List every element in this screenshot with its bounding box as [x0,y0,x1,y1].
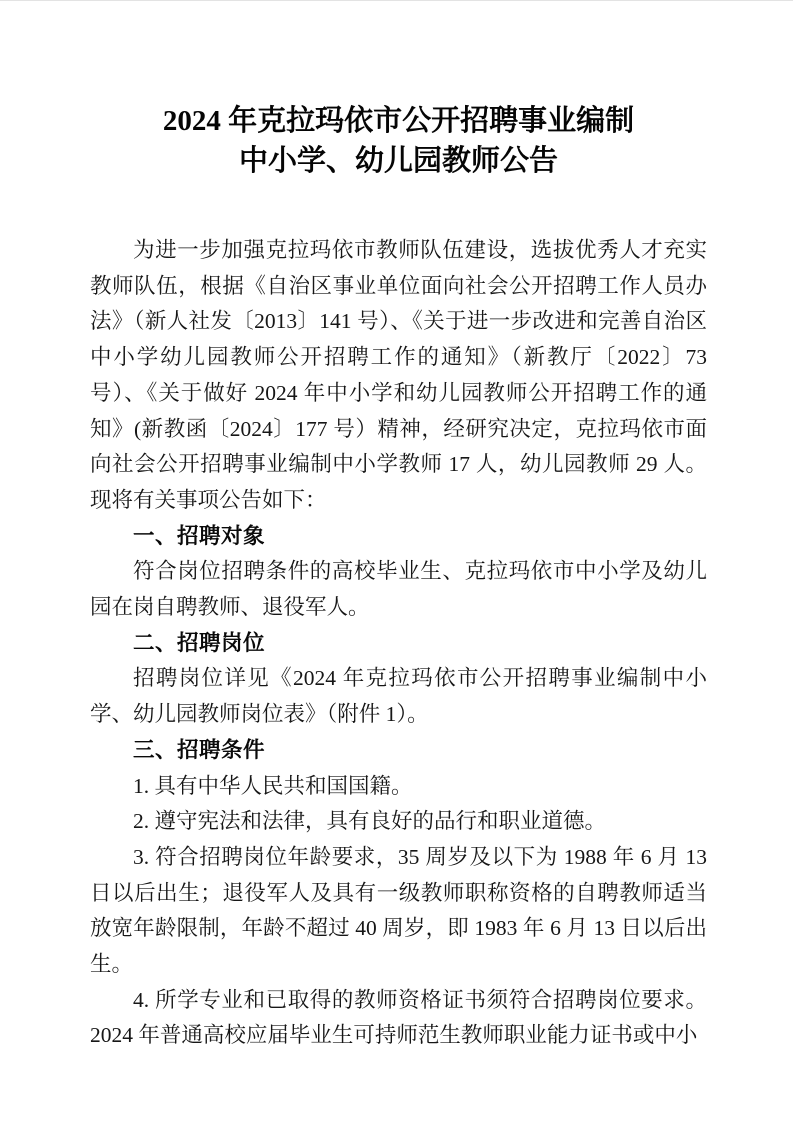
intro-paragraph: 为进一步加强克拉玛依市教师队伍建设，选拔优秀人才充实教师队伍，根据《自治区事业单… [90,233,707,519]
section-heading-recruitment-target: 一、招聘对象 [90,519,707,555]
condition-item-3: 3. 符合招聘岗位年龄要求，35 周岁及以下为 1988 年 6 月 13 日以… [90,840,707,983]
document-title: 2024 年克拉玛依市公开招聘事业编制 中小学、幼儿园教师公告 [90,101,707,181]
condition-item-2: 2. 遵守宪法和法律，具有良好的品行和职业道德。 [90,804,707,840]
document-page: 2024 年克拉玛依市公开招聘事业编制 中小学、幼儿园教师公告 为进一步加强克拉… [0,0,793,1122]
recruitment-target-paragraph: 符合岗位招聘条件的高校毕业生、克拉玛依市中小学及幼儿园在岗自聘教师、退役军人。 [90,554,707,625]
condition-item-4-truncated: 4. 所学专业和已取得的教师资格证书须符合招聘岗位要求。2024 年普通高校应届… [90,983,707,1054]
document-title-line-2: 中小学、幼儿园教师公告 [90,141,707,181]
section-heading-recruitment-positions: 二、招聘岗位 [90,626,707,662]
section-heading-recruitment-conditions: 三、招聘条件 [90,733,707,769]
document-title-line-1: 2024 年克拉玛依市公开招聘事业编制 [90,101,707,141]
condition-item-1: 1. 具有中华人民共和国国籍。 [90,769,707,805]
recruitment-positions-paragraph: 招聘岗位详见《2024 年克拉玛依市公开招聘事业编制中小学、幼儿园教师岗位表》（… [90,661,707,732]
